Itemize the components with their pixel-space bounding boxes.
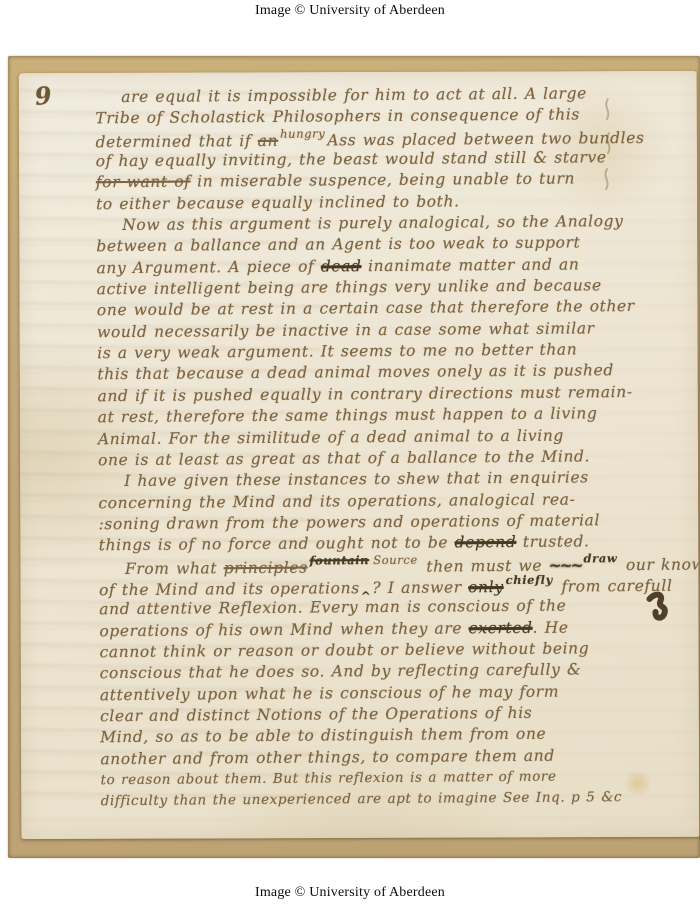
manuscript-segment: another and from other things, to compar…	[100, 746, 555, 768]
manuscript-segment: in miserable suspence, being unable to t…	[191, 170, 576, 191]
manuscript-line: difficulty than the unexperienced are ap…	[101, 787, 693, 813]
ink-blot	[646, 591, 672, 627]
manuscript-ins-dark-segment: chiefly	[506, 575, 553, 585]
manuscript-strike-segment: for want of	[96, 173, 191, 192]
manuscript-segment: of the Mind and its operations	[99, 579, 360, 599]
manuscript-segment: difficulty than the unexperienced are ap…	[101, 789, 623, 809]
manuscript-ins-segment: Source	[373, 554, 418, 564]
manuscript-segment: . He	[533, 618, 569, 636]
manuscript-segment: inanimate matter and an	[361, 255, 579, 275]
manuscript-segment: ? I answer	[372, 578, 468, 597]
manuscript-segment: between a ballance and an Agent is too w…	[96, 234, 580, 256]
manuscript-ins-dark-strike-segment: fountain	[310, 555, 370, 565]
manuscript-segment: would necessarily be inactive in a case …	[97, 319, 595, 341]
manuscript-ins-dark-segment: draw	[583, 553, 617, 563]
manuscript-segment: and if it is pushed equally in contrary …	[97, 383, 632, 405]
manuscript-segment: Animal. For the similitude of a dead ani…	[98, 426, 564, 448]
manuscript-page: 9 are equal it is impossible for him to …	[19, 71, 700, 839]
manuscript-text: are equal it is impossible for him to ac…	[95, 83, 693, 813]
manuscript-segment: cannot think or reason or doubt or belie…	[100, 639, 590, 661]
manuscript-segment: attentively upon what he is conscious of…	[100, 682, 559, 704]
manuscript-segment: active intelligent being are things very…	[97, 276, 602, 298]
manuscript-strike-dark-segment: only	[468, 578, 504, 596]
manuscript-scribble-segment: ~~~	[549, 555, 582, 574]
manuscript-segment: one is at least as great as that of a ba…	[98, 447, 590, 469]
manuscript-segment: to reason about them. But this reflexion…	[101, 769, 557, 789]
manuscript-segment: Mind, so as to be able to distinguish th…	[100, 725, 546, 747]
manuscript-scan: 9 are equal it is impossible for him to …	[8, 56, 700, 858]
manuscript-segment: From what	[125, 559, 224, 578]
manuscript-segment: :soning drawn from the powers and operat…	[98, 511, 600, 533]
manuscript-segment: any Argument. A piece of	[96, 257, 320, 277]
manuscript-segment: are equal it is impossible for him to ac…	[121, 84, 587, 106]
manuscript-segment: our knowledge	[619, 555, 699, 574]
manuscript-segment: Ass was placed between two bundles	[327, 129, 644, 149]
manuscript-segment: this that because a dead animal moves on…	[97, 362, 614, 384]
manuscript-strike-segment: an	[258, 131, 279, 149]
manuscript-segment: is a very weak argument. It seems to me …	[97, 341, 577, 363]
manuscript-ins-segment: hungry	[280, 128, 325, 138]
manuscript-segment: Now as this argument is purely analogica…	[122, 212, 623, 234]
manuscript-segment: things is of no force and ought not to b…	[99, 534, 455, 555]
manuscript-segment: to either because equally inclined to bo…	[96, 192, 460, 213]
manuscript-strike-segment: principles	[224, 558, 308, 577]
manuscript-segment: trusted.	[516, 533, 589, 552]
manuscript-segment: concerning the Mind and its operations, …	[98, 490, 575, 512]
manuscript-segment: operations of his own Mind when they are	[99, 619, 468, 640]
manuscript-segment: Tribe of Scholastick Philosophers in con…	[95, 106, 580, 128]
folio-number: 9	[33, 80, 53, 111]
manuscript-strike-dark-segment: exerted	[469, 618, 533, 637]
manuscript-segment: clear and distinct Notions of the Operat…	[100, 704, 532, 725]
manuscript-segment: at rest, therefore the same things must …	[98, 404, 598, 426]
manuscript-segment: of hay equally inviting, the beast would…	[96, 148, 607, 170]
copyright-caption-bottom: Image © University of Aberdeen	[0, 885, 700, 901]
manuscript-segment: conscious that he does so. And by reflec…	[100, 661, 582, 683]
manuscript-strike-dark-segment: depend	[455, 533, 517, 551]
manuscript-segment: determined that if	[95, 132, 257, 151]
manuscript-segment: I have given these instances to shew tha…	[124, 469, 589, 491]
copyright-caption-top: Image © University of Aberdeen	[0, 3, 700, 19]
manuscript-segment: one would be at rest in a certain case t…	[97, 297, 635, 319]
manuscript-strike-dark-segment: dead	[321, 257, 362, 275]
viewer-background: Image © University of Aberdeen 9 are equ…	[0, 0, 700, 910]
manuscript-segment: and attentive Reflexion. Every man is co…	[99, 597, 566, 619]
